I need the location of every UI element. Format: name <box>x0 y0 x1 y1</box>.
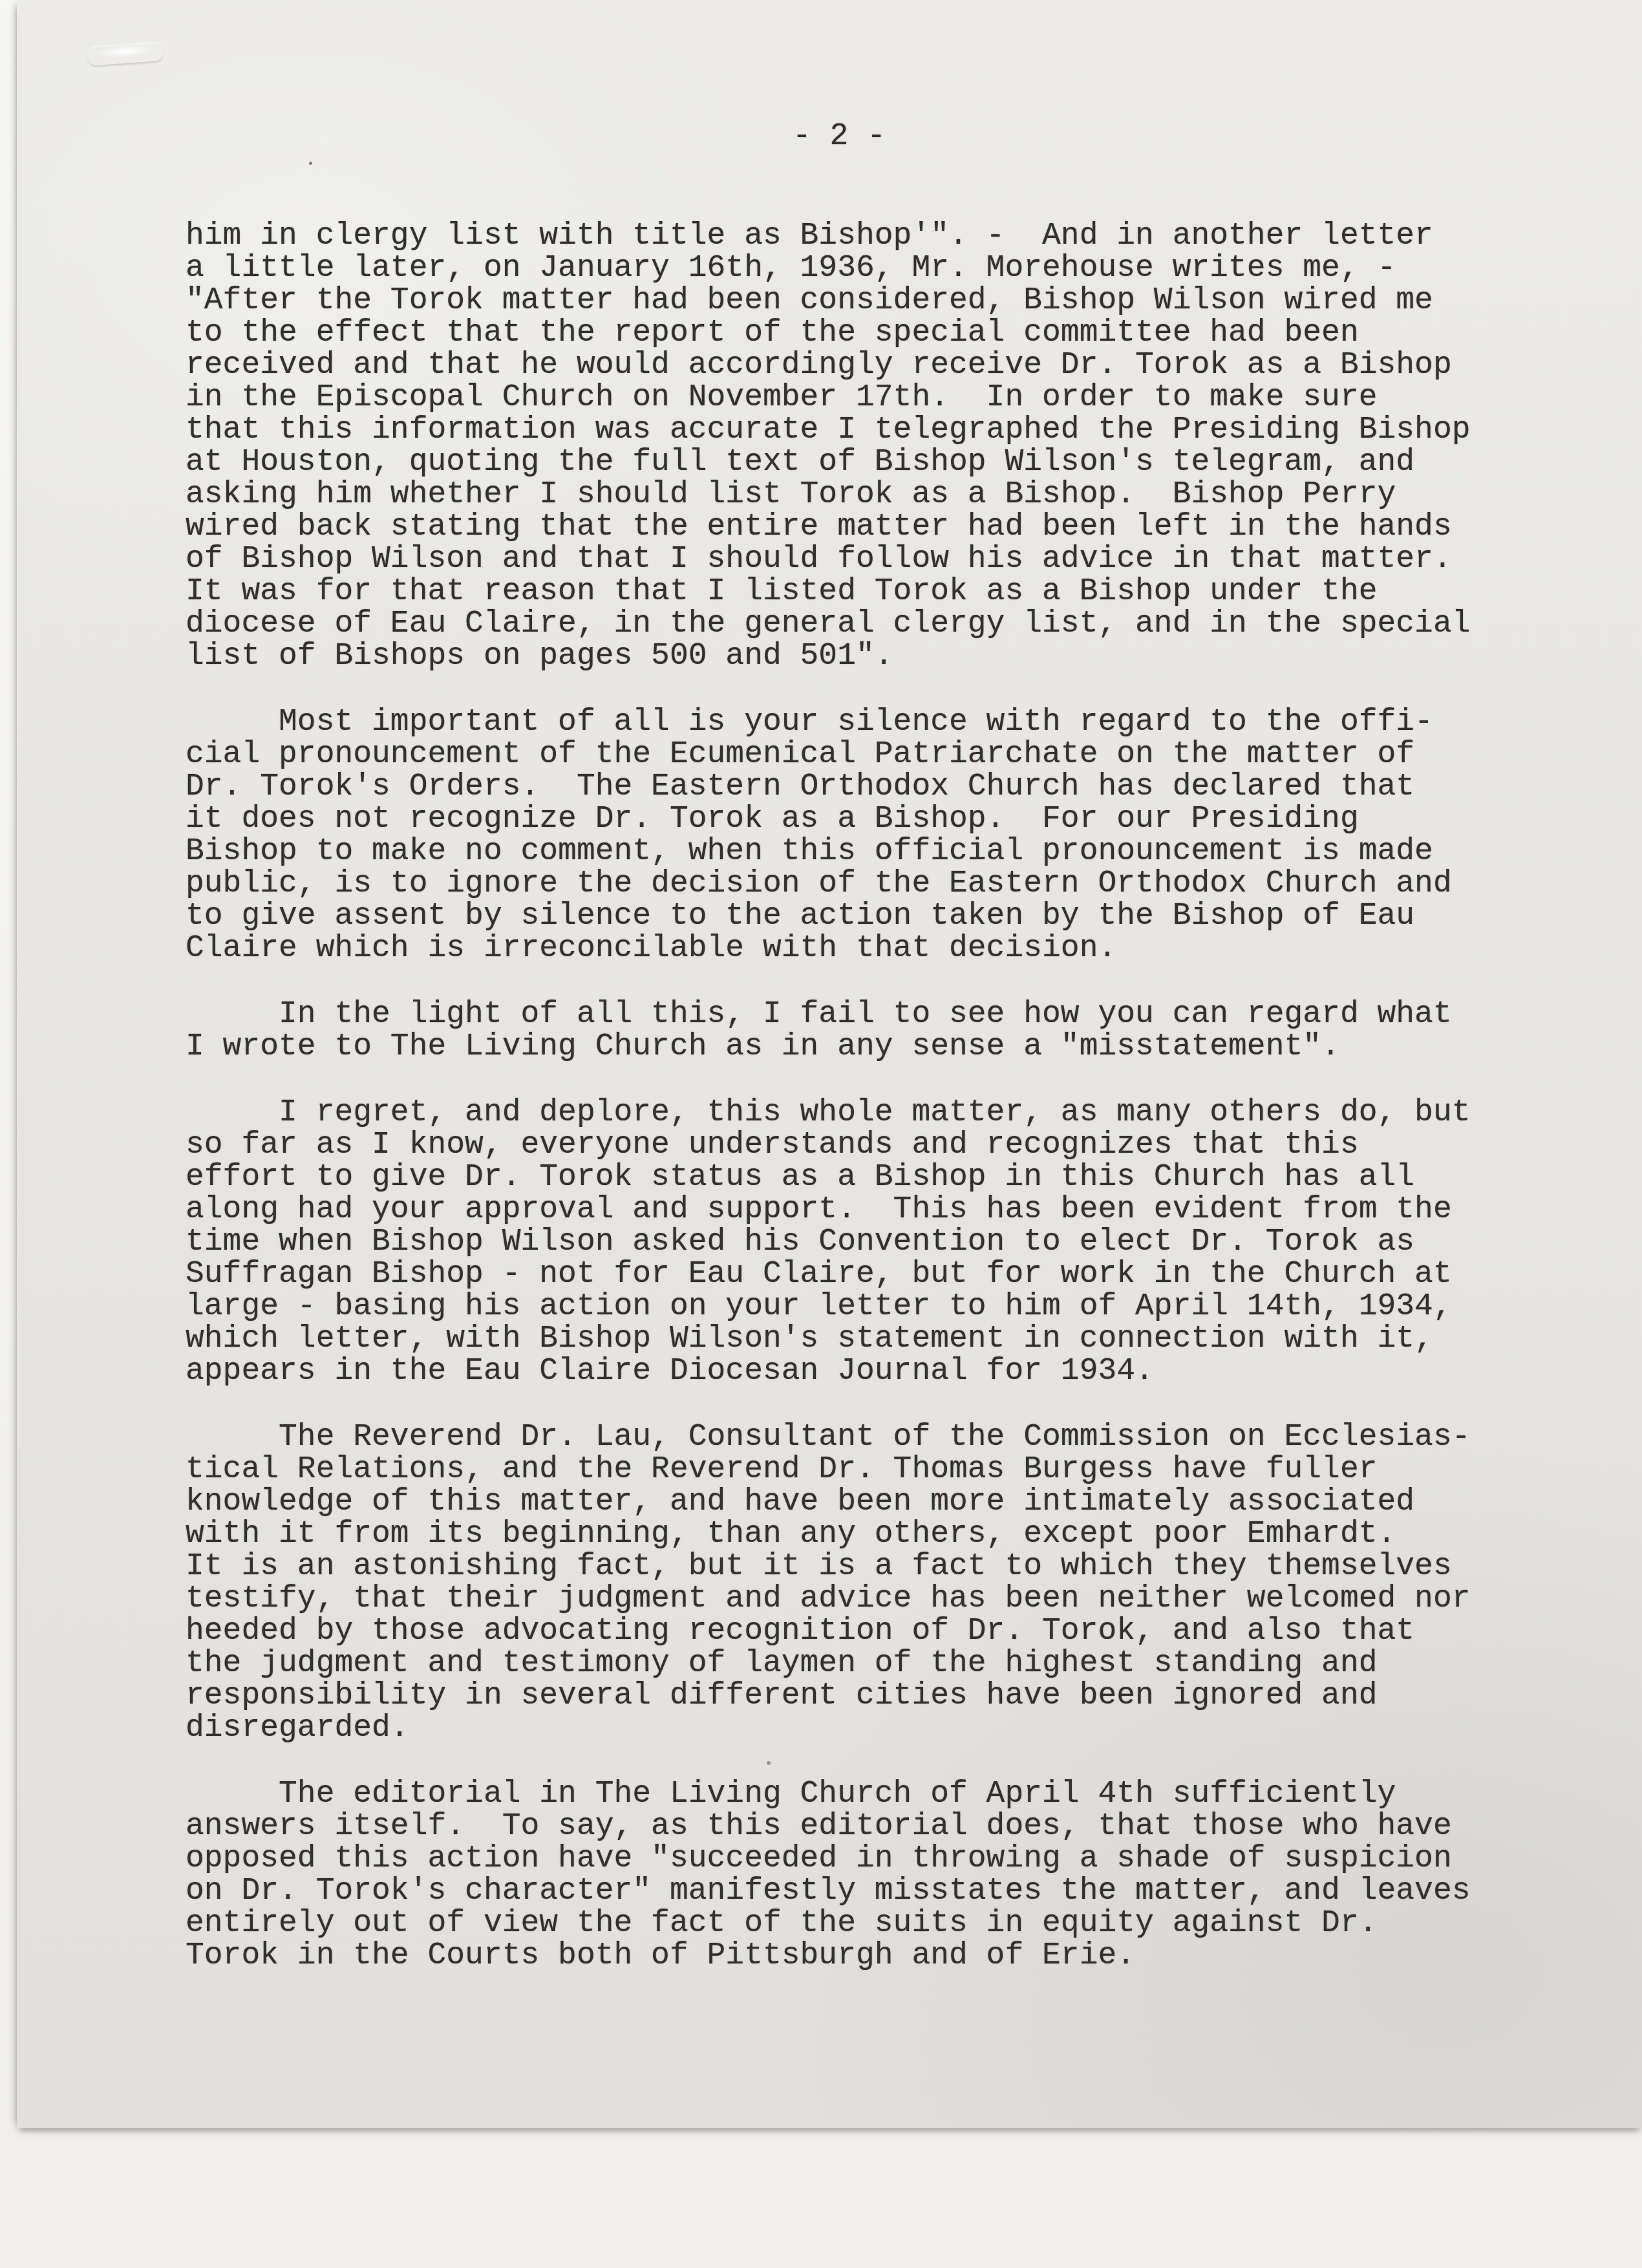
scanner-background: - 2 - him in clergy list with title as B… <box>0 0 1642 2268</box>
scan-speck <box>767 1761 771 1765</box>
paragraph: The Reverend Dr. Lau, Consultant of the … <box>186 1421 1543 1744</box>
scan-speck <box>309 162 312 165</box>
paragraph: Most important of all is your silence wi… <box>186 706 1543 965</box>
paperclip-emboss-mark <box>87 43 164 66</box>
letter-page: - 2 - him in clergy list with title as B… <box>17 0 1642 2128</box>
paragraph: The editorial in The Living Church of Ap… <box>186 1778 1543 1972</box>
page-number: - 2 - <box>793 120 886 153</box>
paragraph: In the light of all this, I fail to see … <box>186 998 1543 1063</box>
letter-body: him in clergy list with title as Bishop'… <box>186 220 1543 2006</box>
paragraph: him in clergy list with title as Bishop'… <box>186 220 1543 672</box>
paragraph: I regret, and deplore, this whole matter… <box>186 1097 1543 1387</box>
